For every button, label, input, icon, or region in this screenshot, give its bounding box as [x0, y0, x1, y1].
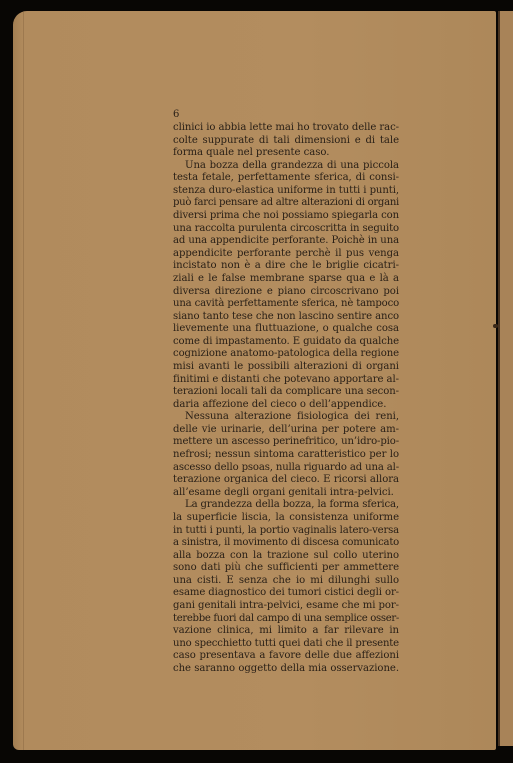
text-line: incistato non è a dire che le briglie ci…: [173, 260, 399, 273]
text-line: esame diagnostico dei tumori cistici deg…: [173, 587, 399, 600]
text-line: alla bozza con la trazione sul collo ute…: [173, 550, 399, 563]
text-line: vazione clinica, mi limito a far rilevar…: [173, 625, 399, 638]
adjacent-page-edge: [498, 11, 513, 746]
text-line: forma quale nel presente caso.: [173, 147, 399, 160]
text-line: uno specchietto tutti quei dati che il p…: [173, 638, 399, 651]
text-line: caso presentava a favore delle due affez…: [173, 650, 399, 663]
text-line: a sinistra, il movimento di discesa comu…: [173, 537, 399, 550]
text-line: terazioni locali tali da complicare una …: [173, 386, 399, 399]
text-line: diversa direzione e piano circoscrivano …: [173, 286, 399, 299]
text-line: Una bozza della grandezza di una piccola: [173, 160, 399, 173]
text-line: diversi prima che noi possiamo spiegarla…: [173, 210, 399, 223]
text-line: gani genitali intra-pelvici, esame che m…: [173, 600, 399, 613]
text-line: sono dati più che sufficienti per ammett…: [173, 562, 399, 575]
page-fold-edge: [23, 11, 24, 750]
page-body-text: 6 clinici io abbia lette mai ho trovato …: [173, 108, 399, 675]
text-line: cognizione anatomo-patologica della regi…: [173, 348, 399, 361]
page-number: 6: [173, 108, 399, 122]
text-line: può farci pensare ad altre alterazioni d…: [173, 197, 399, 210]
text-line: siano tanto tese che non lascino sentire…: [173, 311, 399, 324]
text-line: stenza duro-elastica uniforme in tutti i…: [173, 185, 399, 198]
text-line: delle vie urinarie, dell’urina per poter…: [173, 424, 399, 437]
text-line: terazione organica del cieco. E ricorsi …: [173, 474, 399, 487]
text-line: colte suppurate di tali dimensioni e di …: [173, 135, 399, 148]
text-line: ascesso dello psoas, nulla riguardo ad u…: [173, 462, 399, 475]
text-line: appendicite perforante perchè il pus ven…: [173, 248, 399, 261]
text-line: terebbe fuori dal campo di una semplice …: [173, 613, 399, 626]
text-line: La grandezza della bozza, la forma sferi…: [173, 499, 399, 512]
text-line: testa fetale, perfettamente sferica, di …: [173, 172, 399, 185]
text-line: all’esame degli organi genitali intra-pe…: [173, 487, 399, 500]
text-line: Nessuna alterazione fisiologica dei reni…: [173, 411, 399, 424]
text-line: ziali e le false membrane sparse qua e l…: [173, 273, 399, 286]
page-edge-tear: [493, 324, 498, 328]
text-line: misi avanti le possibili alterazioni di …: [173, 361, 399, 374]
text-lines: clinici io abbia lette mai ho trovato de…: [173, 122, 399, 675]
text-line: una cavità perfettamente sferica, nè tam…: [173, 298, 399, 311]
text-line: in tutti i punti, la portio vaginalis la…: [173, 525, 399, 538]
text-line: ad una appendicite perforante. Poichè in…: [173, 235, 399, 248]
text-line: finitimi e distanti che potevano apporta…: [173, 374, 399, 387]
text-line: la superficie liscia, la consistenza uni…: [173, 512, 399, 525]
text-line: come di impastamento. E guidato da qualc…: [173, 336, 399, 349]
text-line: nefrosi; nessun sintoma caratteristico p…: [173, 449, 399, 462]
text-line: clinici io abbia lette mai ho trovato de…: [173, 122, 399, 135]
text-line: che saranno oggetto della mia osservazio…: [173, 663, 399, 676]
text-line: una raccolta purulenta circoscritta in s…: [173, 223, 399, 236]
text-line: mettere un ascesso perinefritico, un’idr…: [173, 436, 399, 449]
text-line: una cisti. E senza che io mi dilunghi su…: [173, 575, 399, 588]
text-line: daria affezione del cieco o dell’appendi…: [173, 399, 399, 412]
text-line: lievemente una fluttuazione, o qualche c…: [173, 323, 399, 336]
